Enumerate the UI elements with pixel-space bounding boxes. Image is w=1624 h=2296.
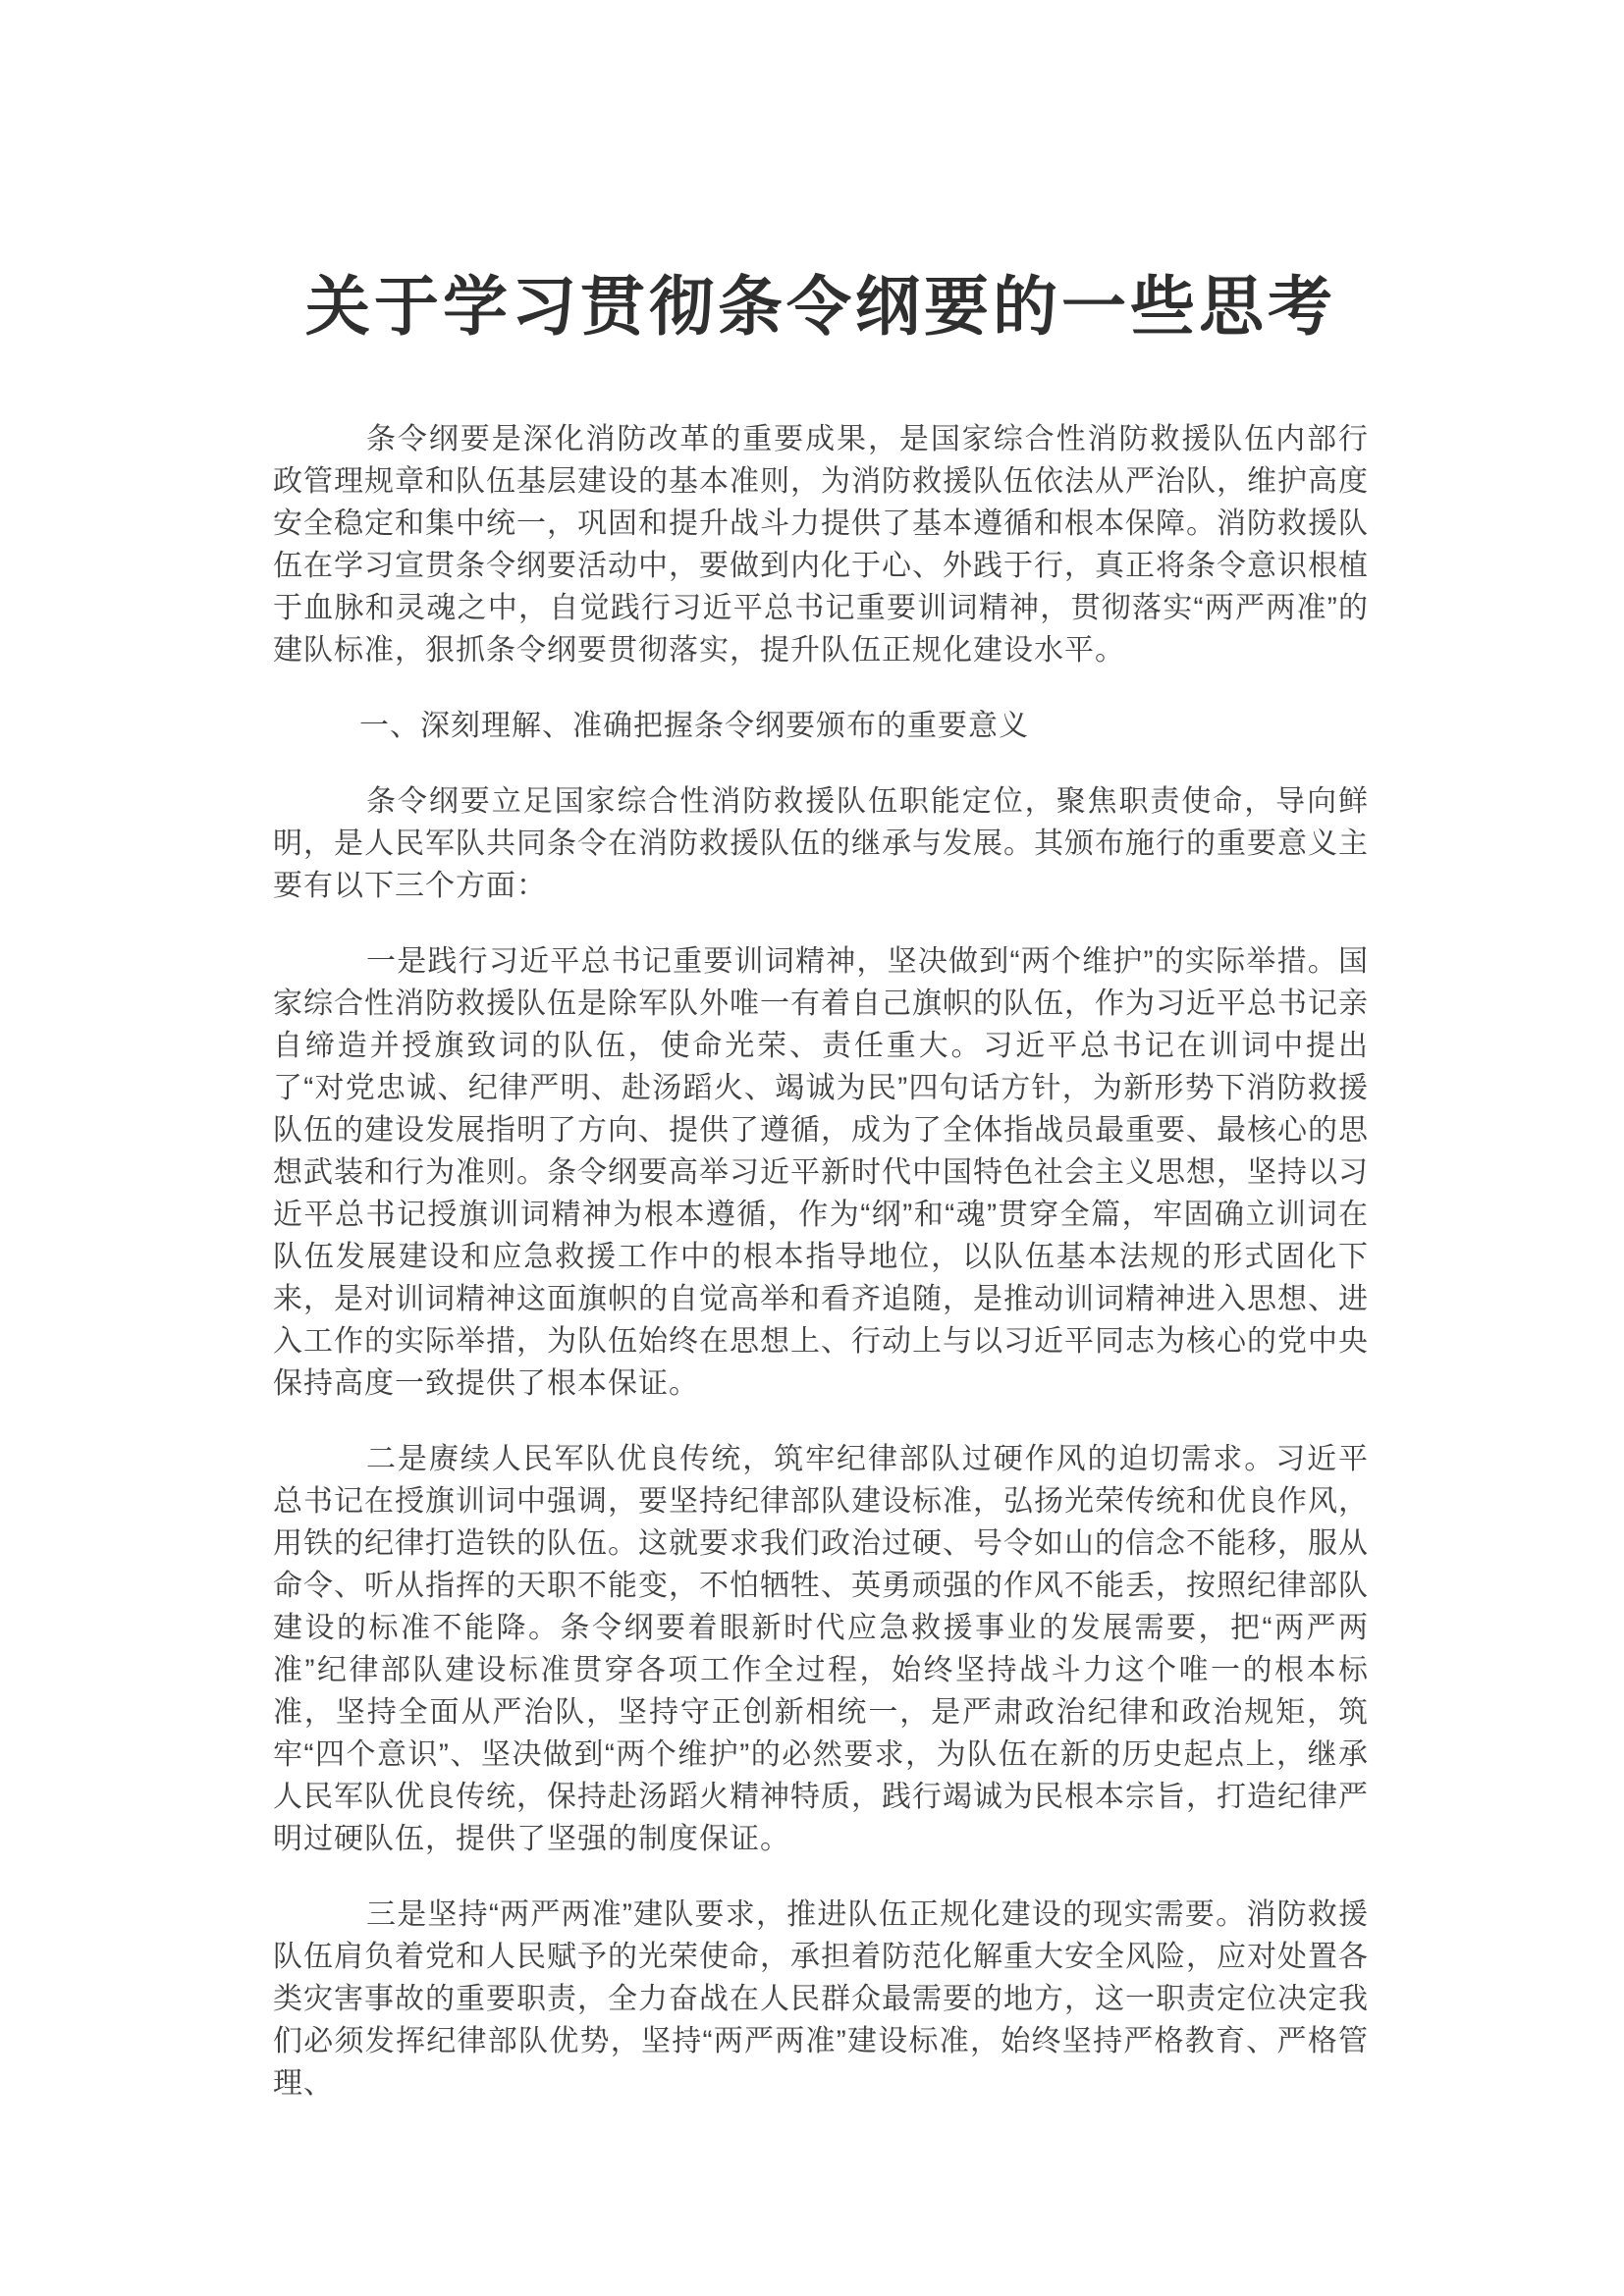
paragraph-intro: 条令纲要是深化消防改革的重要成果，是国家综合性消防救援队伍内部行政管理规章和队伍…	[273, 418, 1369, 671]
section-heading-1: 一、深刻理解、准确把握条令纲要颁布的重要意义	[273, 705, 1369, 747]
document-title: 关于学习贯彻条令纲要的一些思考	[273, 267, 1369, 346]
paragraph-section-lead: 条令纲要立足国家综合性消防救援队伍职能定位，聚焦职责使命，导向鲜明，是人民军队共…	[273, 780, 1369, 907]
paragraph-point-2: 二是赓续人民军队优良传统，筑牢纪律部队过硬作风的迫切需求。习近平总书记在授旗训词…	[273, 1438, 1369, 1860]
document-content: 关于学习贯彻条令纲要的一些思考 条令纲要是深化消防改革的重要成果，是国家综合性消…	[273, 0, 1369, 2105]
paragraph-point-1: 一是践行习近平总书记重要训词精神，坚决做到“两个维护”的实际举措。国家综合性消防…	[273, 940, 1369, 1405]
document-page: 关于学习贯彻条令纲要的一些思考 条令纲要是深化消防改革的重要成果，是国家综合性消…	[0, 0, 1624, 2296]
paragraph-point-3: 三是坚持“两严两准”建队要求，推进队伍正规化建设的现实需要。消防救援队伍肩负着党…	[273, 1894, 1369, 2105]
